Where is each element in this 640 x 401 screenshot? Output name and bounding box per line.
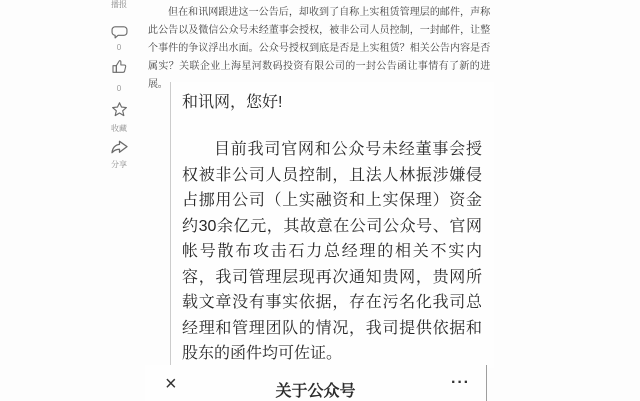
article-page: 播报 0 0 (0, 0, 640, 401)
sidebar-item-favorite[interactable] (101, 101, 137, 118)
share-arrow-icon (101, 139, 137, 155)
sidebar-item-share[interactable] (101, 139, 137, 155)
letter-image[interactable]: 和讯网，您好! 目前我司官网和公众号未经董事会授权被非公司人员控制，且法人林振涉… (170, 82, 494, 368)
broadcast-label: 播报 (101, 1, 137, 9)
more-icon[interactable]: ··· (451, 374, 470, 392)
favorite-label-wrap: 收藏 (101, 125, 137, 133)
page-title: 关于公众号 (275, 378, 355, 401)
favorite-label: 收藏 (101, 125, 137, 133)
likes-count: 0 (101, 85, 137, 93)
letter-body: 目前我司官网和公众号未经董事会授权被非公司人员控制，且法人林振涉嫌侵占挪用公司（… (182, 137, 482, 367)
sidebar-item-comments[interactable] (101, 25, 137, 40)
sidebar-item-broadcast[interactable]: 播报 (101, 1, 137, 9)
share-label: 分享 (101, 161, 137, 169)
letter-salutation: 和讯网，您好! (182, 94, 494, 111)
wechat-header-bar: × 关于公众号 ··· (145, 365, 487, 401)
close-icon[interactable]: × (165, 374, 177, 394)
star-icon (101, 101, 137, 118)
comment-bubble-icon (101, 25, 137, 40)
sidebar-item-likes[interactable] (101, 59, 137, 75)
share-label-wrap: 分享 (101, 161, 137, 169)
comments-count: 0 (101, 44, 137, 52)
action-sidebar: 播报 0 0 (101, 0, 137, 200)
thumbs-up-icon (101, 59, 137, 75)
article-paragraph: 但在和讯网跟进这一公告后，却收到了自称上实租赁管理层的邮件，声称此公告以及微信公… (148, 4, 490, 94)
